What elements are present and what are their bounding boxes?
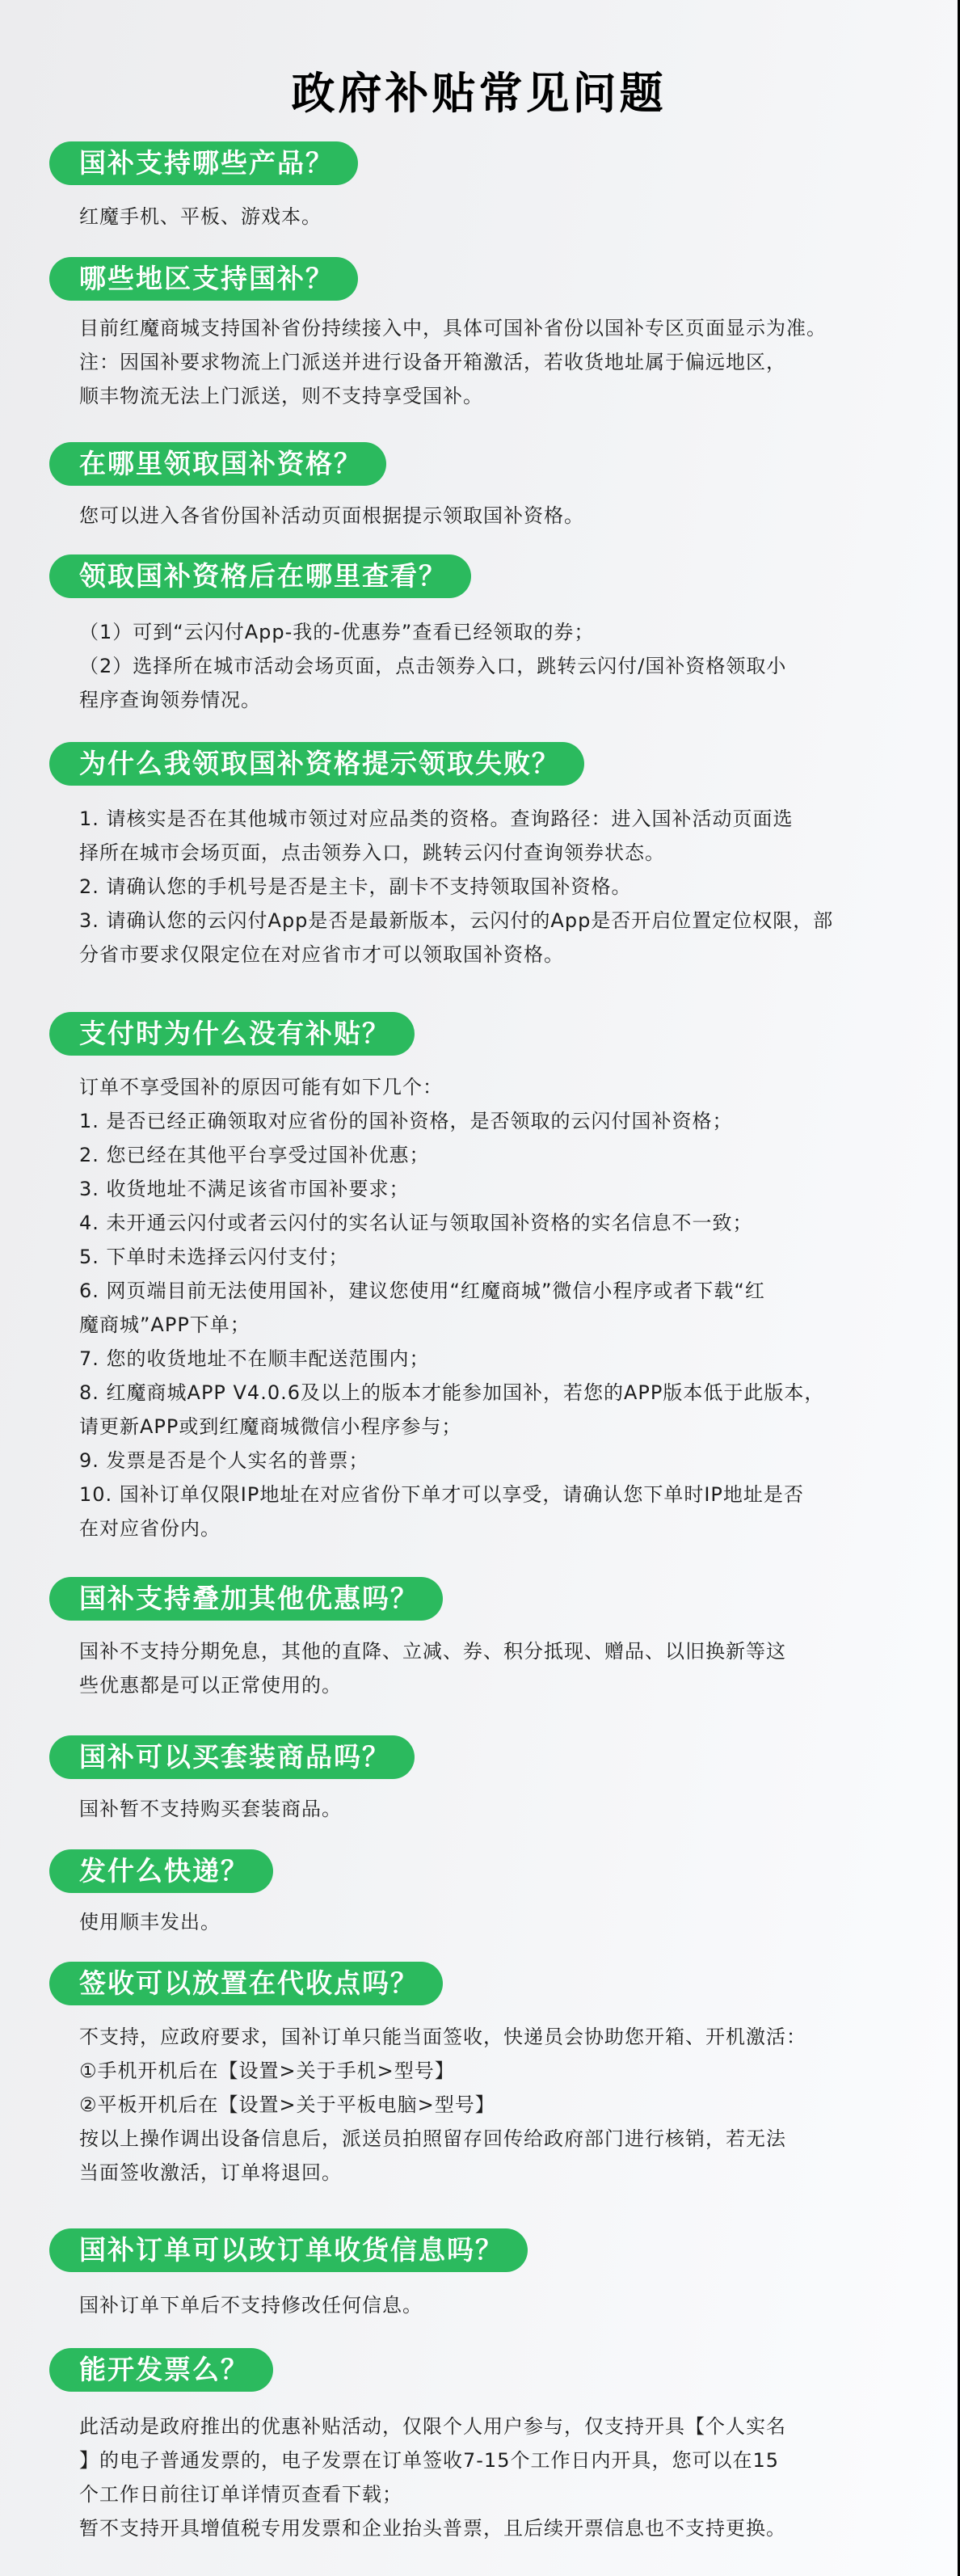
answer-line: 此活动是政府推出的优惠补贴活动，仅限个人用户参与，仅支持开具【个人实名 [79,2409,903,2443]
answer-line: 红魔手机、平板、游戏本。 [79,200,903,234]
faq-answer-where-view: （1）可到“云闪付App-我的-优惠券”查看已经领取的券； （2）选择所在城市活… [79,615,903,717]
answer-line: 7. 您的收货地址不在顺丰配送范围内； [79,1342,903,1376]
answer-line: 当面签收激活，订单将退回。 [79,2156,903,2190]
answer-line: 请更新APP或到红魔商城微信小程序参与； [79,1410,903,1444]
answer-line: 3. 请确认您的云闪付App是否是最新版本，云闪付的App是否开启位置定位权限，… [79,904,903,938]
answer-line: 9. 发票是否是个人实名的普票； [79,1444,903,1478]
faq-question-regions: 哪些地区支持国补？ [49,257,358,301]
answer-line: 1. 是否已经正确领取对应省份的国补资格，是否领取的云闪付国补资格； [79,1104,903,1138]
answer-line: 择所在城市会场页面，点击领券入口，跳转云闪付查询领券状态。 [79,836,903,870]
faq-answer-no-subsidy: 订单不享受国补的原因可能有如下几个： 1. 是否已经正确领取对应省份的国补资格，… [79,1070,903,1545]
faq-answer-stacking: 国补不支持分期免息，其他的直降、立减、券、积分抵现、赠品、以旧换新等这 些优惠都… [79,1634,903,1702]
answer-line: 5. 下单时未选择云闪付支付； [79,1240,903,1274]
faq-question-pickup-point: 签收可以放置在代收点吗？ [49,1962,443,2005]
answer-line: 分省市要求仅限定位在对应省市才可以领取国补资格。 [79,938,903,972]
answer-line: 顺丰物流无法上门派送，则不支持享受国补。 [79,379,903,413]
faq-question-claim-failed: 为什么我领取国补资格提示领取失败？ [49,742,584,786]
faq-answer-regions: 目前红魔商城支持国补省份持续接入中，具体可国补省份以国补专区页面显示为准。 注：… [79,311,903,413]
answer-line: 订单不享受国补的原因可能有如下几个： [79,1070,903,1104]
faq-question-products: 国补支持哪些产品？ [49,141,358,185]
answer-line: （1）可到“云闪付App-我的-优惠券”查看已经领取的券； [79,615,903,649]
faq-answer-bundles: 国补暂不支持购买套装商品。 [79,1792,903,1826]
answer-line: 10. 国补订单仅限IP地址在对应省份下单才可以享受，请确认您下单时IP地址是否 [79,1478,903,1511]
answer-line: 使用顺丰发出。 [79,1905,903,1939]
page-title: 政府补贴常见问题 [0,68,958,120]
answer-line: 程序查询领券情况。 [79,683,903,717]
answer-line: 按以上操作调出设备信息后，派送员拍照留存回传给政府部门进行核销，若无法 [79,2122,903,2156]
answer-line: 1. 请核实是否在其他城市领过对应品类的资格。查询路径：进入国补活动页面选 [79,802,903,836]
answer-line: 魔商城”APP下单； [79,1308,903,1342]
answer-line: 暂不支持开具增值税专用发票和企业抬头普票，且后续开票信息也不支持更换。 [79,2511,903,2545]
faq-question-bundles: 国补可以买套装商品吗？ [49,1735,415,1779]
answer-line: ②平板开机后在【设置>关于平板电脑>型号】 [79,2088,903,2122]
answer-line: 您可以进入各省份国补活动页面根据提示领取国补资格。 [79,499,903,533]
faq-answer-pickup-point: 不支持，应政府要求，国补订单只能当面签收，快递员会协助您开箱、开机激活： ①手机… [79,2020,903,2190]
answer-line: ①手机开机后在【设置>关于手机>型号】 [79,2054,903,2088]
faq-question-invoice: 能开发票么？ [49,2348,273,2392]
faq-question-change-address: 国补订单可以改订单收货信息吗？ [49,2228,528,2272]
faq-question-courier: 发什么快递？ [49,1849,273,1893]
answer-line: 国补暂不支持购买套装商品。 [79,1792,903,1826]
answer-line: 不支持，应政府要求，国补订单只能当面签收，快递员会协助您开箱、开机激活： [79,2020,903,2054]
faq-answer-where-claim: 您可以进入各省份国补活动页面根据提示领取国补资格。 [79,499,903,533]
answer-line: 6. 网页端目前无法使用国补，建议您使用“红魔商城”微信小程序或者下载“红 [79,1274,903,1308]
answer-line: 】的电子普通发票的，电子发票在订单签收7-15个工作日内开具，您可以在15 [79,2443,903,2477]
answer-line: 个工作日前往订单详情页查看下载； [79,2477,903,2511]
answer-line: 2. 您已经在其他平台享受过国补优惠； [79,1138,903,1172]
answer-line: 目前红魔商城支持国补省份持续接入中，具体可国补省份以国补专区页面显示为准。 [79,311,903,345]
answer-line: 国补订单下单后不支持修改任何信息。 [79,2288,903,2322]
answer-line: 3. 收货地址不满足该省市国补要求； [79,1172,903,1206]
faq-answer-products: 红魔手机、平板、游戏本。 [79,200,903,234]
answer-line: 国补不支持分期免息，其他的直降、立减、券、积分抵现、赠品、以旧换新等这 [79,1634,903,1668]
faq-question-where-view: 领取国补资格后在哪里查看？ [49,554,471,598]
faq-answer-invoice: 此活动是政府推出的优惠补贴活动，仅限个人用户参与，仅支持开具【个人实名 】的电子… [79,2409,903,2545]
answer-line: 2. 请确认您的手机号是否是主卡，副卡不支持领取国补资格。 [79,870,903,904]
faq-question-no-subsidy: 支付时为什么没有补贴？ [49,1012,415,1056]
answer-line: 注：因国补要求物流上门派送并进行设备开箱激活，若收货地址属于偏远地区， [79,345,903,379]
faq-answer-courier: 使用顺丰发出。 [79,1905,903,1939]
answer-line: 4. 未开通云闪付或者云闪付的实名认证与领取国补资格的实名信息不一致； [79,1206,903,1240]
answer-line: （2）选择所在城市活动会场页面，点击领券入口，跳转云闪付/国补资格领取小 [79,649,903,683]
faq-answer-change-address: 国补订单下单后不支持修改任何信息。 [79,2288,903,2322]
answer-line: 在对应省份内。 [79,1511,903,1545]
faq-answer-claim-failed: 1. 请核实是否在其他城市领过对应品类的资格。查询路径：进入国补活动页面选 择所… [79,802,903,972]
answer-line: 8. 红魔商城APP V4.0.6及以上的版本才能参加国补，若您的APP版本低于… [79,1376,903,1410]
answer-line: 些优惠都是可以正常使用的。 [79,1668,903,1702]
faq-question-where-claim: 在哪里领取国补资格？ [49,442,386,486]
faq-question-stacking: 国补支持叠加其他优惠吗？ [49,1577,443,1621]
